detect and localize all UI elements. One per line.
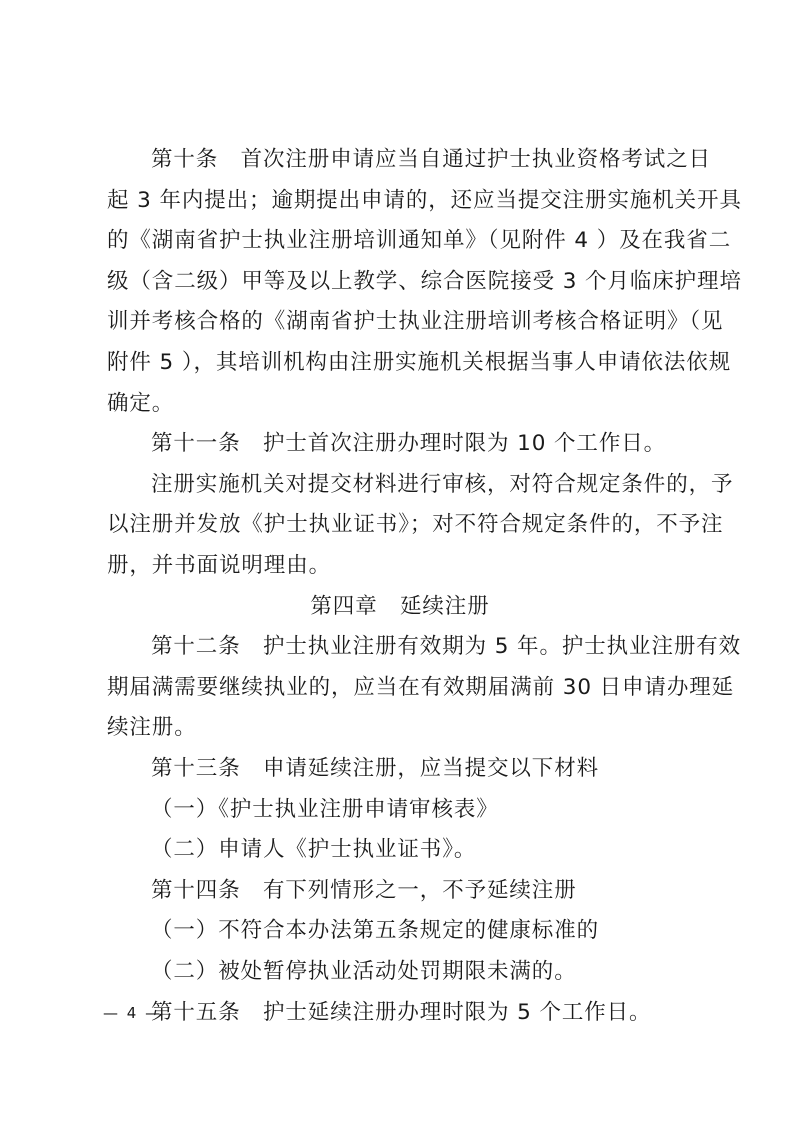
text-line: 第十四条 有下列情形之一，不予延续注册 bbox=[151, 871, 577, 911]
text-line: 训并考核合格的《湖南省护士执业注册培训考核合格证明》（见 bbox=[107, 302, 693, 342]
text-line: 的《湖南省护士执业注册培训通知单》（见附件 4 ）及在我省二 bbox=[107, 221, 693, 261]
text-line: 确定。 bbox=[107, 384, 174, 424]
text-line: 第十一条 护士首次注册办理时限为 10 个工作日。 bbox=[151, 424, 666, 464]
text-line: 第十条 首次注册申请应当自通过护士执业资格考试之日 bbox=[107, 140, 693, 180]
text-line: 册，并书面说明理由。 bbox=[107, 546, 331, 586]
text-line: 第十五条 护士延续注册办理时限为 5 个工作日。 bbox=[151, 993, 651, 1033]
text-line: （一）《护士执业注册申请审核表》 bbox=[151, 790, 499, 830]
page-number: — 4 — bbox=[103, 1004, 162, 1022]
chapter-heading: 第四章 延续注册 bbox=[107, 587, 693, 627]
text-line: （一）不符合本办法第五条规定的健康标准的 bbox=[151, 911, 599, 951]
text-line: 以注册并发放《护士执业证书》；对不符合规定条件的，不予注 bbox=[107, 505, 693, 545]
text-line: 起 3 年内提出；逾期提出申请的，还应当提交注册实施机关开具 bbox=[107, 181, 693, 221]
text-line: 注册实施机关对提交材料进行审核，对符合规定条件的，予 bbox=[107, 465, 693, 505]
text-line: 续注册。 bbox=[107, 708, 197, 748]
text-line: （二）申请人《护士执业证书》。 bbox=[151, 830, 476, 870]
text-line: 级（含二级）甲等及以上教学、综合医院接受 3 个月临床护理培 bbox=[107, 262, 693, 302]
text-line: 附件 5 ），其培训机构由注册实施机关根据当事人申请依法依规 bbox=[107, 343, 693, 383]
text-line: 第十二条 护士执业注册有效期为 5 年。护士执业注册有效 bbox=[107, 627, 693, 667]
text-line: 第十三条 申请延续注册，应当提交以下材料 bbox=[151, 749, 599, 789]
text-line: 期届满需要继续执业的，应当在有效期届满前 30 日申请办理延 bbox=[107, 668, 693, 708]
text-line: （二）被处暂停执业活动处罚期限未满的。 bbox=[151, 952, 577, 992]
